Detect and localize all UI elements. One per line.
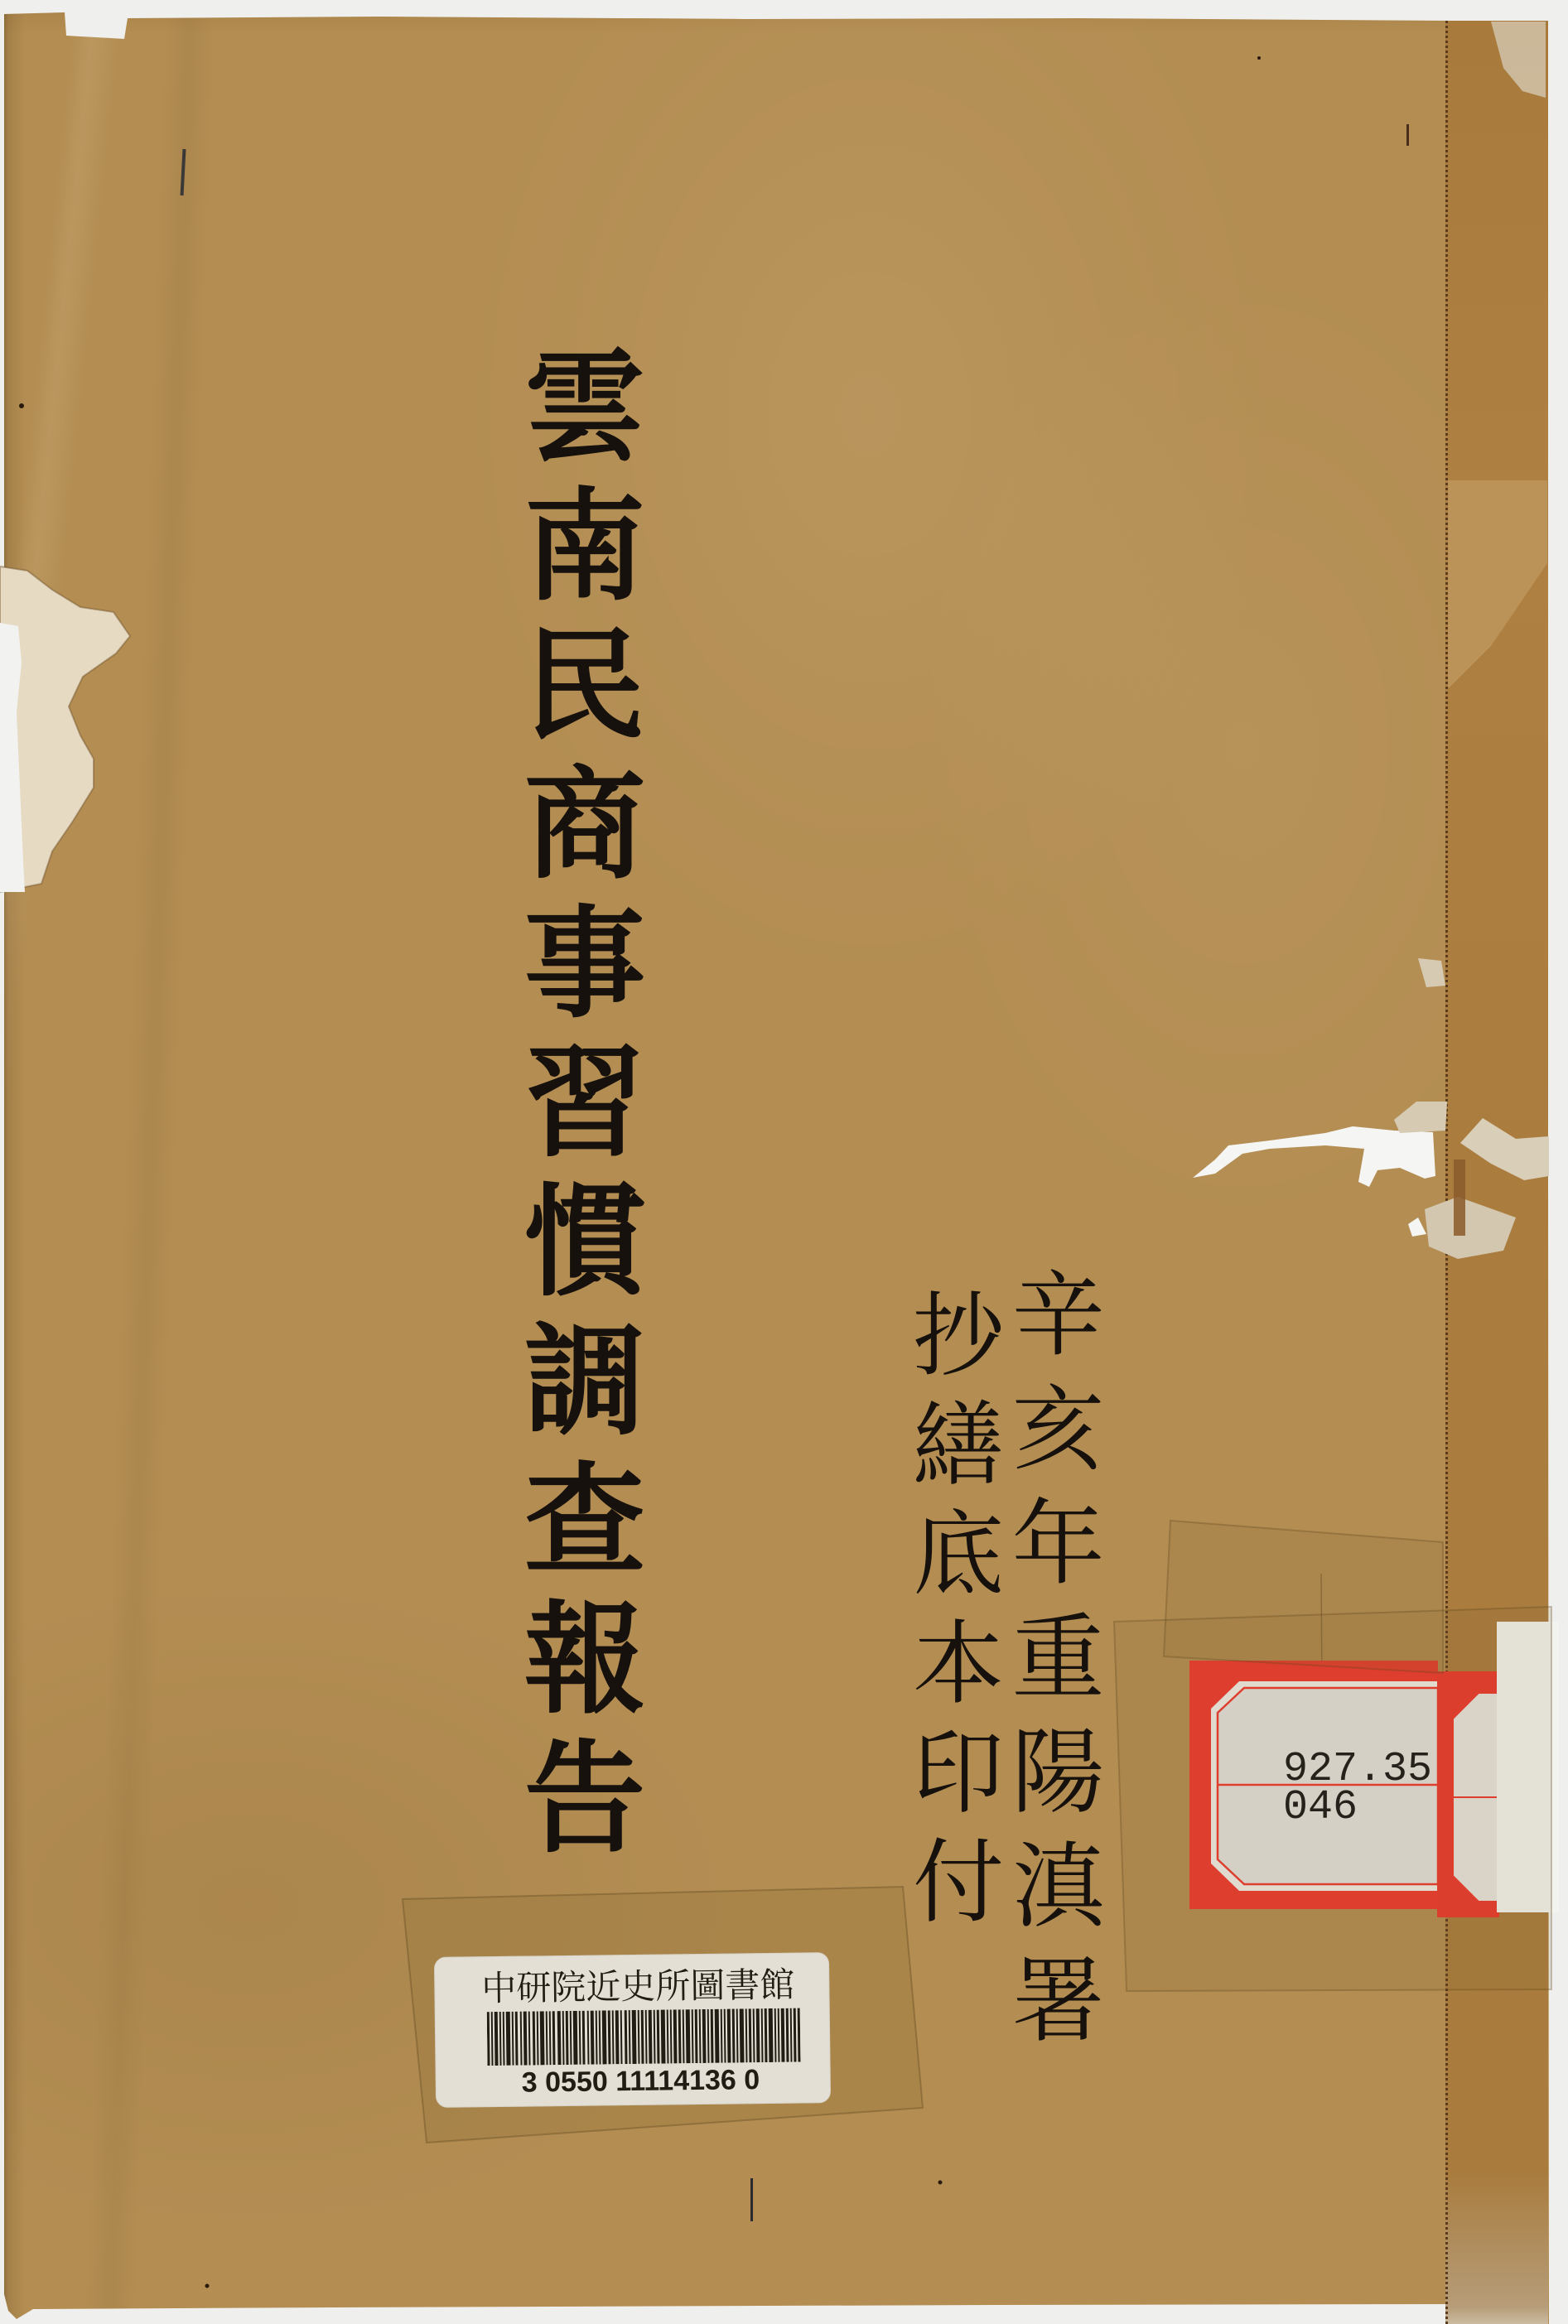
library-name: 中研院近史所圖書館 (481, 1968, 795, 2007)
call-number: 927.35 046 (1283, 1751, 1432, 1827)
call-number-cutter: 046 (1283, 1789, 1432, 1827)
imprint-date-line: 辛亥年重陽滇署 (1004, 1266, 1097, 2066)
library-barcode-label: 中研院近史所圖書館 3 0550 11114136 0 (434, 1952, 831, 2108)
barcode-icon (487, 2008, 801, 2066)
scanned-book-cover: 雲南民商事習慣調查報告 辛亥年重陽滇署 抄繕底本印付 中研院近史所圖書館 3 0… (0, 0, 1568, 2324)
barcode-number: 3 0550 11114136 0 (522, 2066, 760, 2097)
imprint-copy-line: 抄繕底本印付 (905, 1287, 996, 1943)
spine-binding-strip (1445, 21, 1548, 2324)
barcode-bars (487, 2008, 801, 2066)
cover-title: 雲南民商事習慣調查報告 (514, 343, 634, 1873)
